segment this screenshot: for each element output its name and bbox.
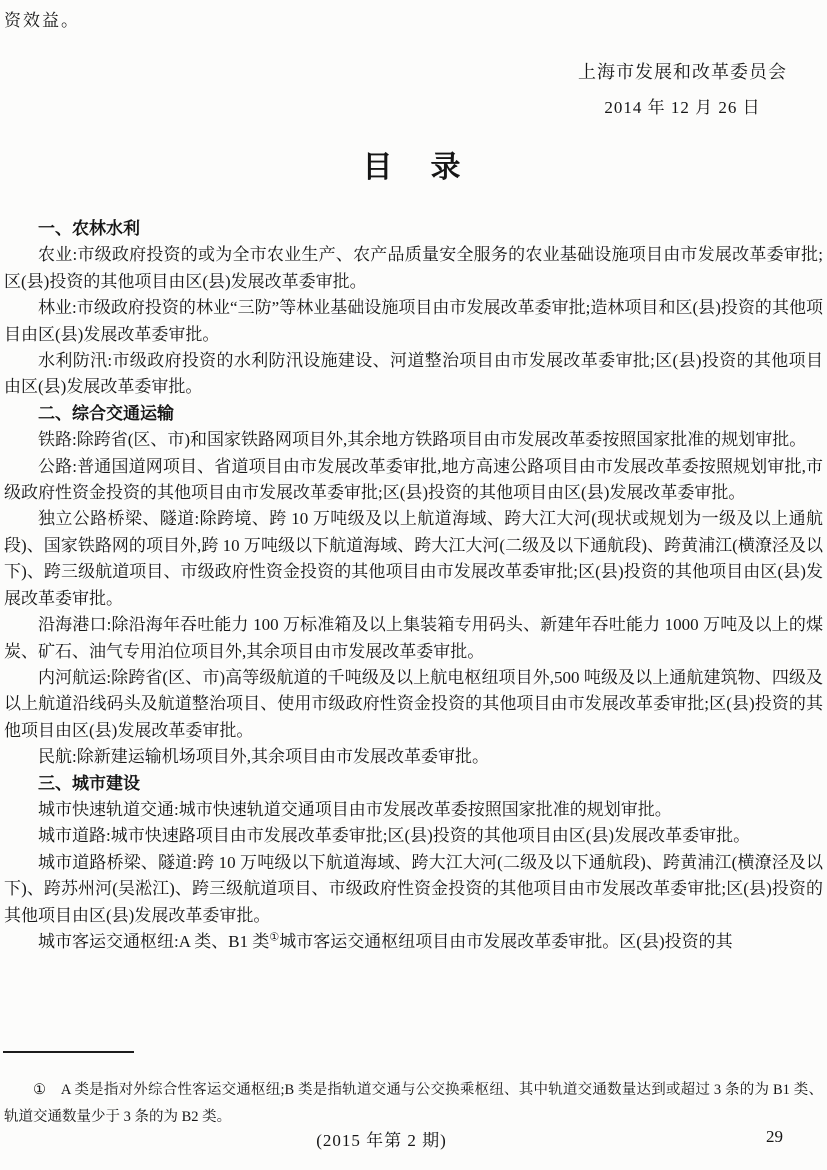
footnote-text: ① A 类是指对外综合性客运交通枢纽;B 类是指轨道交通与公交换乘枢纽、其中轨道… [4,1077,823,1131]
toc-paragraph-agriculture: 农业:市级政府投资的或为全市农业生产、农产品质量安全服务的农业基础设施项目由市发… [4,242,823,295]
toc-paragraph-civil-aviation: 民航:除新建运输机场项目外,其余项目由市发展改革委审批。 [4,744,823,770]
issuing-organization: 上海市发展和改革委员会 [578,58,787,84]
toc-paragraph-rapid-transit: 城市快速轨道交通:城市快速轨道交通项目由市发展改革委按照国家批准的规划审批。 [4,797,823,823]
footnote-reference-mark: ① [269,931,279,943]
toc-paragraph-urban-road: 城市道路:城市快速路项目由市发展改革委审批;区(县)投资的其他项目由区(县)发展… [4,823,823,849]
section-heading-2: 二、综合交通运输 [4,401,823,427]
hub-text-after: 城市客运交通枢纽项目由市发展改革委审批。区(县)投资的其 [279,932,732,951]
footnote-separator-rule [3,1051,134,1053]
toc-paragraph-water-flood: 水利防汛:市级政府投资的水利防汛设施建设、河道整治项目由市发展改革委审批;区(县… [4,348,823,401]
toc-paragraph-highway: 公路:普通国道网项目、省道项目由市发展改革委审批,地方高速公路项目由市发展改革委… [4,454,823,507]
toc-paragraph-forestry: 林业:市级政府投资的林业“三防”等林业基础设施项目由市发展改革委审批;造林项目和… [4,295,823,348]
toc-paragraph-coastal-port: 沿海港口:除沿海年吞吐能力 100 万标准箱及以上集装箱专用码头、新建年吞吐能力… [4,612,823,665]
issue-date: 2014 年 12 月 26 日 [578,93,787,118]
toc-paragraph-passenger-hub: 城市客运交通枢纽:A 类、B1 类①城市客运交通枢纽项目由市发展改革委审批。区(… [4,929,823,955]
previous-paragraph-fragment: 资效益。 [4,6,80,31]
page-number: 29 [766,1127,783,1147]
journal-issue-label: (2015 年第 2 期) [0,1126,795,1151]
toc-paragraph-railway: 铁路:除跨省(区、市)和国家铁路网项目外,其余地方铁路项目由市发展改革委按照国家… [4,427,823,453]
page-footer: (2015 年第 2 期) 29 [0,1126,827,1156]
document-page: 资效益。 上海市发展和改革委员会 2014 年 12 月 26 日 目 录 一、… [0,0,827,1170]
toc-paragraph-urban-bridge-tunnel: 城市道路桥梁、隧道:跨 10 万吨级以下航道海域、跨大江大河(二级及以下通航段)… [4,850,823,929]
toc-body: 一、农林水利 农业:市级政府投资的或为全市农业生产、农产品质量安全服务的农业基础… [4,216,823,1046]
page-title: 目 录 [0,142,827,186]
toc-paragraph-inland-shipping: 内河航运:除跨省(区、市)高等级航道的千吨级及以上航电枢纽项目外,500 吨级及… [4,665,823,744]
hub-text-before: 城市客运交通枢纽:A 类、B1 类 [38,932,269,951]
section-heading-3: 三、城市建设 [4,771,823,797]
section-heading-1: 一、农林水利 [4,216,823,242]
signature-block: 上海市发展和改革委员会 2014 年 12 月 26 日 [578,58,787,118]
toc-paragraph-bridge-tunnel: 独立公路桥梁、隧道:除跨境、跨 10 万吨级及以上航道海域、跨大江大河(现状或规… [4,506,823,612]
